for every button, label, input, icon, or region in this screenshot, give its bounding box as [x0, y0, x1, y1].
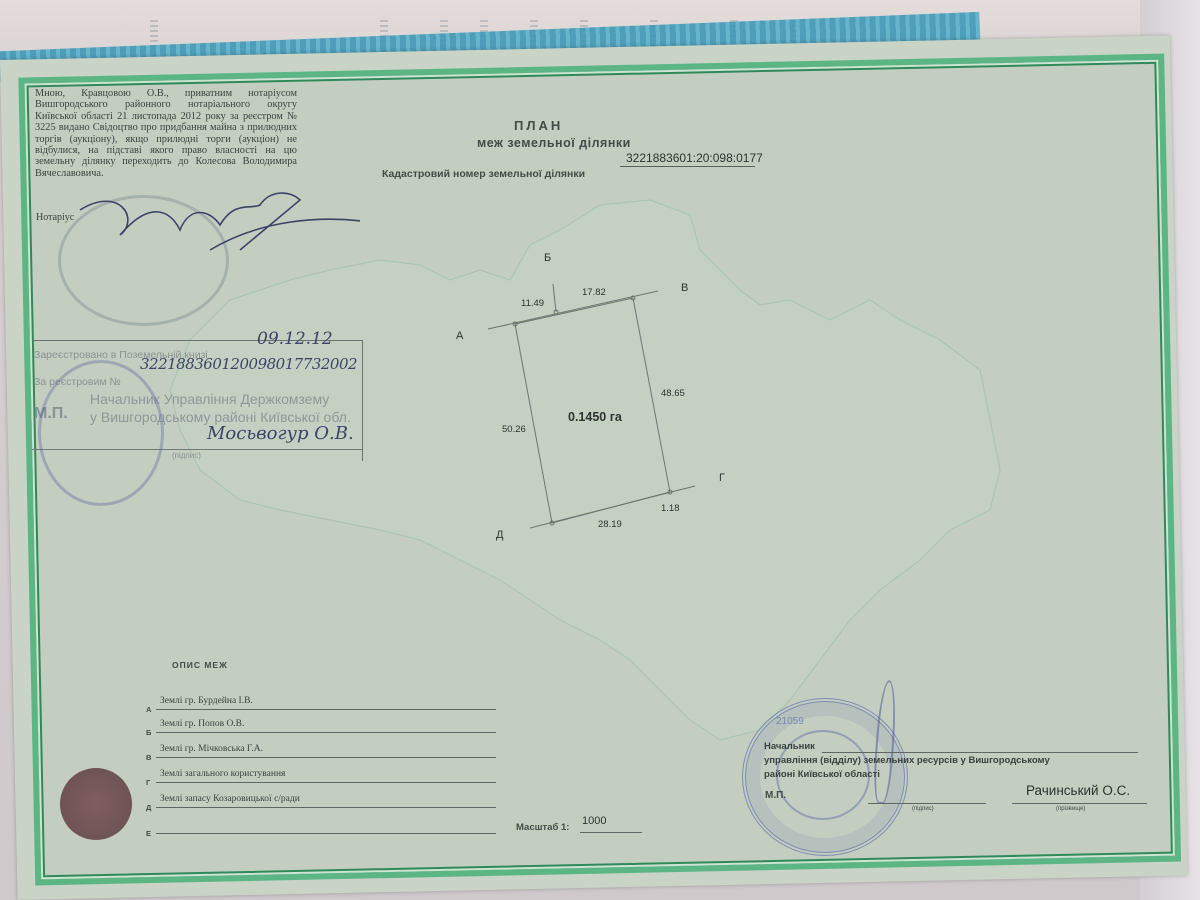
boundary-letter: Г [146, 778, 150, 787]
point-label-b: Б [544, 252, 551, 264]
signoff-name: Рачинський О.С. [1026, 783, 1130, 798]
length-a-b: 11.49 [521, 298, 544, 309]
underline [580, 832, 642, 833]
signature-caption: (підпис) [912, 806, 934, 812]
boundary-row: Г Землі загального користування [146, 765, 496, 785]
point-label-a: А [456, 330, 463, 342]
boundary-text: Землі загального користування [160, 769, 285, 779]
signoff-line3: районі Київської області [764, 768, 1050, 782]
underline [156, 732, 496, 733]
signoff-mp: М.П. [765, 790, 786, 801]
underline [156, 807, 496, 808]
length-b-v: 17.82 [582, 287, 606, 298]
document-content: Мною, Кравцовою О.В., приватним нотаріус… [0, 0, 1200, 900]
length-a-d: 50.26 [502, 424, 526, 435]
underline [156, 709, 496, 710]
name-caption: (прізвище) [1056, 806, 1085, 812]
parcel-area: 0.1450 га [568, 410, 622, 424]
boundaries-title: ОПИС МЕЖ [172, 660, 228, 670]
boundary-letter: Д [146, 803, 151, 812]
boundary-letter: В [146, 753, 151, 762]
boundary-row: Б Землі гр. Попов О.В. [146, 715, 496, 735]
length-v-g: 48.65 [661, 388, 685, 399]
underline [156, 833, 496, 834]
signoff-line2: управління (відділу) земельних ресурсів … [764, 754, 1050, 768]
scale-label: Масштаб 1: [516, 822, 569, 833]
boundary-letter: Б [146, 728, 151, 737]
red-wax-seal [60, 768, 132, 840]
scale-value: 1000 [582, 815, 606, 827]
length-g-short: 1.18 [661, 503, 680, 514]
name-line [1012, 803, 1147, 804]
boundary-text: Землі гр. Мічковська Г.А. [160, 744, 263, 754]
point-label-d: Д [496, 529, 503, 541]
underline [822, 752, 1138, 753]
underline [156, 782, 496, 783]
boundary-row: В Землі гр. Мічковська Г.А. [146, 740, 496, 760]
boundary-letter: А [146, 705, 151, 714]
boundary-text: Землі запасу Козаровицької с/ради [160, 794, 300, 804]
boundary-text: Землі гр. Бурдейна І.В. [160, 696, 253, 706]
boundary-row: Е [146, 816, 496, 836]
boundary-row: Д Землі запасу Козаровицької с/ради [146, 790, 496, 810]
signature-line [868, 803, 986, 804]
underline [156, 757, 496, 758]
signoff-block: Начальник управління (відділу) земельних… [764, 740, 1050, 782]
boundary-text: Землі гр. Попов О.В. [160, 719, 244, 729]
boundary-letter: Е [146, 829, 151, 838]
point-label-v: В [681, 282, 688, 294]
seal-code: 21059 [776, 716, 804, 727]
length-bottom: 28.19 [598, 519, 622, 530]
boundary-row: А Землі гр. Бурдейна І.В. [146, 692, 496, 712]
point-label-g: Г [719, 472, 725, 484]
